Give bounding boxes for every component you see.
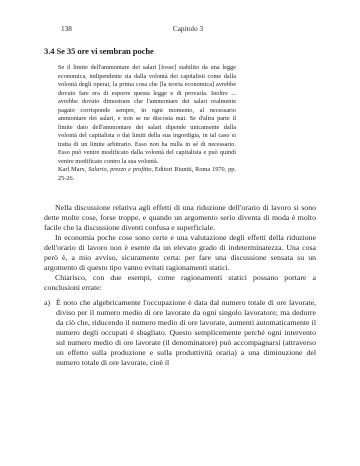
citation-book-title: Salario, prezzo e profitto xyxy=(88,166,151,173)
quote-text: Se il limite dell'ammontare dei salari [… xyxy=(58,64,236,166)
list-item-a-marker: a) xyxy=(44,298,56,368)
block-quote: Se il limite dell'ammontare dei salari [… xyxy=(58,64,236,183)
section-heading: 3.4 Se 35 ore vi sembran poche xyxy=(44,46,316,56)
body-text: Nella discussione relativa agli effetti … xyxy=(44,203,316,368)
citation-author: Karl Marx, xyxy=(58,166,88,173)
chapter-running-title: Capitolo 3 xyxy=(148,25,228,34)
list-item-a-text: È noto che algebricamente l'occupazione … xyxy=(56,298,316,368)
book-page: 138 Capitolo 3 3.4 Se 35 ore vi sembran … xyxy=(0,0,360,466)
page-number: 138 xyxy=(61,25,72,34)
list-item-a: a) È noto che algebricamente l'occupazio… xyxy=(44,298,316,368)
paragraph-1: Nella discussione relativa agli effetti … xyxy=(44,203,316,233)
running-head: 138 Capitolo 3 xyxy=(0,25,360,35)
quote-citation: Karl Marx, Salario, prezzo e profitto, E… xyxy=(58,166,236,183)
paragraph-3: Chiarisco, con due esempi, come ragionam… xyxy=(44,273,316,293)
paragraph-2: In economia poche cose sono certe e una … xyxy=(44,233,316,273)
